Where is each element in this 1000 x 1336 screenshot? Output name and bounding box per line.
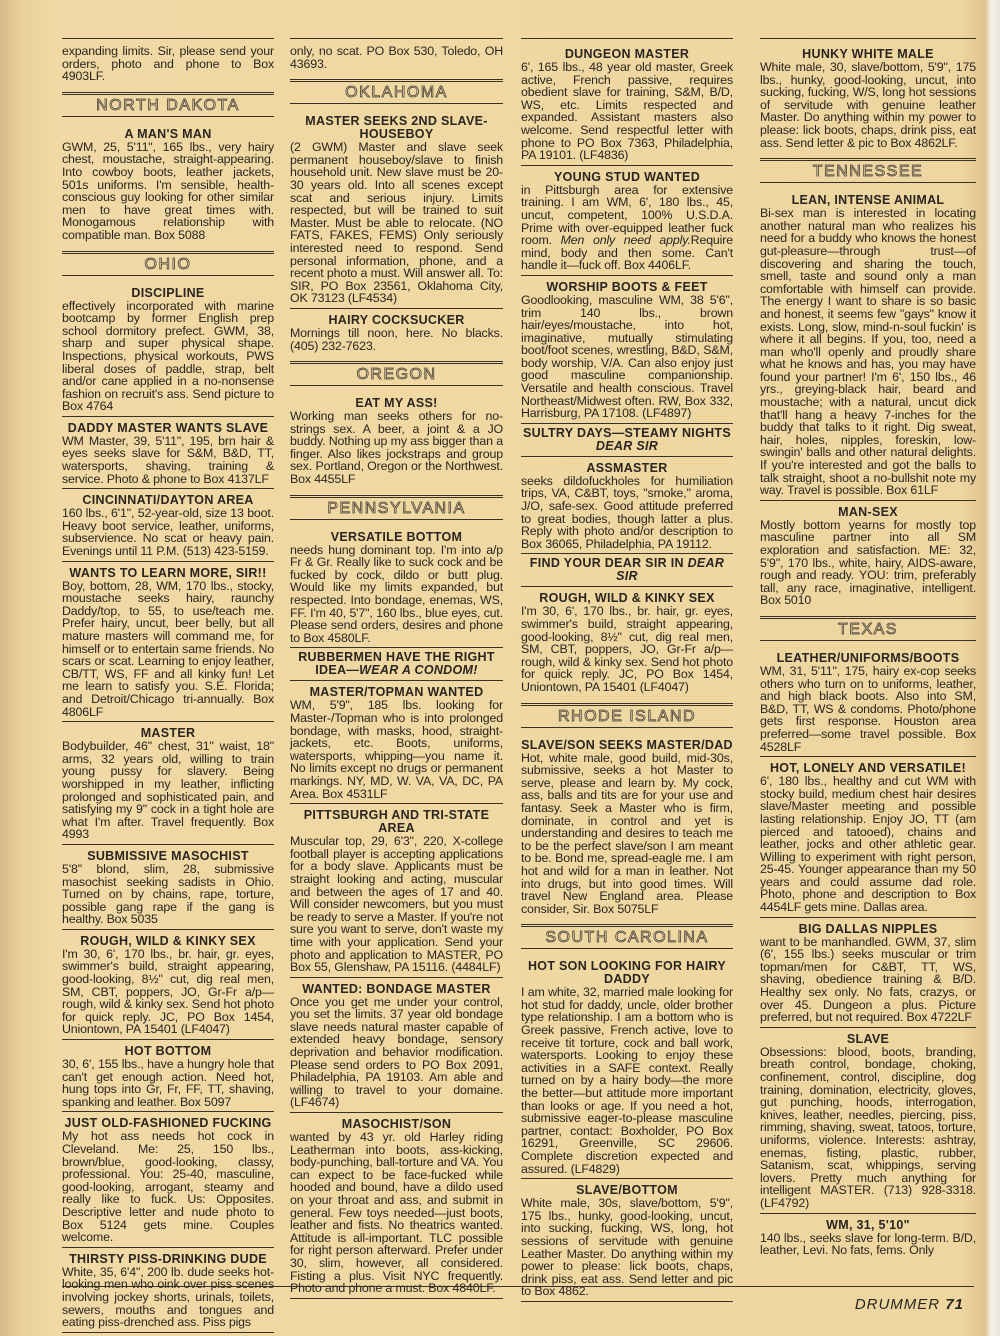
- classified-ad: MASTER SEEKS 2ND SLAVE-HOUSEBOY(2 GWM) M…: [290, 110, 503, 309]
- ad-body-text: White, 35, 6'4", 200 lb. dude seeks hot-…: [62, 1265, 274, 1329]
- classified-ad: WANTS TO LEARN MORE, SIR!!Boy, bottom, 2…: [62, 562, 274, 723]
- ad-body-text: 160 lbs., 6'1", 52-year-old, size 13 boo…: [62, 506, 274, 558]
- ad-body-text: needs hung dominant top. I'm into a/p Fr…: [290, 543, 503, 645]
- ad-body-text: (2 GWM) Master and slave seek permanent …: [290, 140, 503, 305]
- classified-ad: EAT MY ASS!Working man seeks others for …: [290, 392, 503, 489]
- ad-body-text: Muscular top, 29, 6'3", 220, X-college f…: [290, 834, 503, 974]
- ad-body-text: I am white, 32, married male looking for…: [521, 985, 733, 1175]
- classified-ad: ASSMASTERseeks dildofuckholes for humili…: [521, 457, 733, 555]
- ad-heading: HOT SON LOOKING FOR HAIRY DADDY: [521, 960, 733, 986]
- promo-text: FIND YOUR DEAR SIR IN DEAR SIR: [521, 557, 733, 583]
- classified-ad: HAIRY COCKSUCKERMornings till noon, here…: [290, 309, 503, 355]
- state-section-header: OREGON: [290, 361, 503, 386]
- ad-body: (2 GWM) Master and slave seek permanent …: [290, 141, 503, 305]
- ad-body: 140 lbs., seeks slave for long-term. B/D…: [760, 1232, 976, 1257]
- classified-ad: WORSHIP BOOTS & FEETGoodlooking, masculi…: [521, 276, 733, 424]
- promo-text-regular: SULTRY DAYS—STEAMY NIGHTS: [523, 426, 731, 440]
- ad-body-text: Goodlooking, masculine WM, 38 5'6", trim…: [521, 293, 733, 420]
- ad-body: 6', 165 lbs., 48 year old master, Greek …: [521, 61, 733, 162]
- state-name: TEXAS: [838, 621, 898, 639]
- state-section-header: SOUTH CAROLINA: [521, 924, 733, 949]
- column-1: expanding limits. Sir, please send your …: [62, 38, 274, 1333]
- ad-body: in Pittsburgh area for extensive trainin…: [521, 184, 733, 272]
- ad-body-text: Hot, white male, good build, mid-30s, su…: [521, 751, 733, 916]
- classified-ad: LEATHER/UNIFORMS/BOOTSWM, 31, 5'11", 175…: [760, 647, 976, 757]
- ad-body: Boy, bottom, 28, WM, 170 lbs., stocky, m…: [62, 580, 274, 719]
- classified-ad: DISCIPLINEeffectively incorporated with …: [62, 282, 274, 417]
- classifieds-page: expanding limits. Sir, please send your …: [62, 38, 974, 1288]
- ad-body: WM, 31, 5'11", 175, hairy ex-cop seeks o…: [760, 665, 976, 753]
- promo-text: SULTRY DAYS—STEAMY NIGHTSDEAR SIR: [521, 427, 733, 453]
- ad-body-text: 5'8" blond, slim, 28, submissive masochi…: [62, 862, 274, 926]
- promo-banner: SULTRY DAYS—STEAMY NIGHTSDEAR SIR: [521, 424, 733, 457]
- classified-ad: MASTER/TOPMAN WANTEDWM, 5'9", 185 lbs. l…: [290, 681, 503, 804]
- ad-body: WM Master, 39, 5'11", 195, brn hair & ey…: [62, 435, 274, 485]
- ad-body-text: 30, 6', 155 lbs., have a hungry hole tha…: [62, 1057, 274, 1109]
- promo-banner: FIND YOUR DEAR SIR IN DEAR SIR: [521, 554, 733, 587]
- ad-body-text: 6', 165 lbs., 48 year old master, Greek …: [521, 60, 733, 162]
- bottom-rule: [62, 1286, 974, 1287]
- promo-banner: RUBBERMEN HAVE THE RIGHT IDEA—WEAR A CON…: [290, 648, 503, 681]
- ad-body: Working man seeks others for no-strings …: [290, 410, 503, 486]
- promo-text-italic: DEAR SIR: [596, 439, 658, 453]
- ad-body: seeks dildofuckholes for humiliation tri…: [521, 475, 733, 551]
- ad-body-text: WM, 31, 5'11", 175, hairy ex-cop seeks o…: [760, 664, 976, 754]
- ad-body-text: wanted by 43 yr. old Harley riding Leath…: [290, 1130, 503, 1295]
- ad-body: Obsessions: blood, boots, branding, brea…: [760, 1046, 976, 1210]
- promo-text: RUBBERMEN HAVE THE RIGHT IDEA—WEAR A CON…: [290, 651, 503, 677]
- ad-body: Goodlooking, masculine WM, 38 5'6", trim…: [521, 294, 733, 420]
- ad-body: 6', 180 lbs., healthy and cut WM with st…: [760, 775, 976, 914]
- column-top-rule: [290, 38, 503, 39]
- ad-body-text: GWM, 25, 5'11", 165 lbs., very hairy che…: [62, 140, 274, 242]
- ad-body-text: only, no scat. PO Box 530, Toledo, OH 43…: [290, 44, 503, 71]
- ad-body: 30, 6', 155 lbs., have a hungry hole tha…: [62, 1058, 274, 1108]
- ad-body-text: I'm 30, 6', 170 lbs., br. hair, gr. eyes…: [62, 947, 274, 1037]
- ad-body-text: WM, 5'9", 185 lbs. looking for Master-/T…: [290, 698, 503, 800]
- ad-body-text: WM Master, 39, 5'11", 195, brn hair & ey…: [62, 434, 274, 486]
- ad-body-text: White male, 30, slave/bottom, 5'9", 175 …: [760, 60, 976, 150]
- column-4: HUNKY WHITE MALEWhite male, 30, slave/bo…: [760, 38, 976, 1260]
- classified-ad: BIG DALLAS NIPPLESwant to be manhandled.…: [760, 918, 976, 1028]
- ad-body: White, 35, 6'4", 200 lb. dude seeks hot-…: [62, 1266, 274, 1329]
- ad-heading: PITTSBURGH AND TRI-STATE AREA: [290, 809, 503, 835]
- classified-ad: CINCINNATI/DAYTON AREA160 lbs., 6'1", 52…: [62, 489, 274, 561]
- classified-ad: SLAVE/SON SEEKS MASTER/DADHot, white mal…: [521, 734, 733, 919]
- ad-body-text: expanding limits. Sir, please send your …: [62, 44, 274, 83]
- ad-body-text: Once you get me under your control, you …: [290, 995, 503, 1110]
- ad-body: Mostly bottom yearns for mostly top masc…: [760, 519, 976, 607]
- classified-ad: ROUGH, WILD & KINKY SEXI'm 30, 6', 170 l…: [62, 930, 274, 1040]
- ad-body: My hot ass needs hot cock in Cleveland. …: [62, 1130, 274, 1243]
- publication-name: DRUMMER: [855, 1296, 940, 1313]
- classified-ad: THIRSTY PISS-DRINKING DUDEWhite, 35, 6'4…: [62, 1248, 274, 1333]
- ad-body: effectively incorporated with marine boo…: [62, 300, 274, 413]
- ad-body-text: Mornings till noon, here. No blacks. (40…: [290, 326, 503, 353]
- ad-body-text: I'm 30, 6', 170 lbs., br. hair, gr. eyes…: [521, 604, 733, 694]
- column-top-rule: [62, 38, 274, 39]
- classified-ad: JUST OLD-FASHIONED FUCKINGMy hot ass nee…: [62, 1112, 274, 1247]
- ad-body: Hot, white male, good build, mid-30s, su…: [521, 752, 733, 916]
- ad-body: Bodybuilder, 46" chest, 31" waist, 18" a…: [62, 740, 274, 841]
- ad-body-text: My hot ass needs hot cock in Cleveland. …: [62, 1129, 274, 1244]
- classified-ad: WANTED: BONDAGE MASTEROnce you get me un…: [290, 978, 503, 1113]
- state-section-header: PENNSYLVANIA: [290, 495, 503, 520]
- state-name: OKLAHOMA: [345, 84, 448, 102]
- classified-ad: SLAVE/BOTTOMWhite male, 30s, slave/botto…: [521, 1179, 733, 1302]
- ad-body-text: seeks dildofuckholes for humiliation tri…: [521, 474, 733, 551]
- ad-body: 5'8" blond, slim, 28, submissive masochi…: [62, 863, 274, 926]
- classified-ad: DADDY MASTER WANTS SLAVEWM Master, 39, 5…: [62, 417, 274, 489]
- classified-ad: A MAN'S MANGWM, 25, 5'11", 165 lbs., ver…: [62, 123, 274, 245]
- ad-body: only, no scat. PO Box 530, Toledo, OH 43…: [290, 45, 503, 70]
- state-section-header: TENNESSEE: [760, 158, 976, 183]
- ad-body-text: White male, 30s, slave/bottom, 5'9", 175…: [521, 1196, 733, 1298]
- state-name: NORTH DAKOTA: [96, 97, 240, 115]
- ad-body: White male, 30, slave/bottom, 5'9", 175 …: [760, 61, 976, 149]
- ad-body: I'm 30, 6', 170 lbs., br. hair, gr. eyes…: [62, 948, 274, 1036]
- ad-body: I am white, 32, married male looking for…: [521, 986, 733, 1175]
- state-section-header: OKLAHOMA: [290, 79, 503, 104]
- ad-body: wanted by 43 yr. old Harley riding Leath…: [290, 1131, 503, 1295]
- ad-body: expanding limits. Sir, please send your …: [62, 45, 274, 83]
- classified-ad: MAN-SEXMostly bottom yearns for mostly t…: [760, 501, 976, 610]
- ad-body: GWM, 25, 5'11", 165 lbs., very hairy che…: [62, 141, 274, 242]
- classified-ad: HOT SON LOOKING FOR HAIRY DADDYI am whit…: [521, 955, 733, 1179]
- classified-ad: MASTERBodybuilder, 46" chest, 31" waist,…: [62, 722, 274, 845]
- ad-body: WM, 5'9", 185 lbs. looking for Master-/T…: [290, 699, 503, 800]
- ad-body: want to be manhandled. GWM, 37, slim (6'…: [760, 936, 976, 1024]
- ad-body-text: 140 lbs., seeks slave for long-term. B/D…: [760, 1231, 976, 1258]
- classified-ad: LEAN, INTENSE ANIMALBi-sex man is intere…: [760, 189, 976, 501]
- state-section-header: OHIO: [62, 251, 274, 276]
- ad-body: Muscular top, 29, 6'3", 220, X-college f…: [290, 835, 503, 974]
- ad-heading: MASTER SEEKS 2ND SLAVE-HOUSEBOY: [290, 115, 503, 141]
- page-footer: DRUMMER 71: [855, 1296, 964, 1313]
- classified-ad: HOT BOTTOM30, 6', 155 lbs., have a hungr…: [62, 1040, 274, 1112]
- ad-body: Mornings till noon, here. No blacks. (40…: [290, 327, 503, 352]
- column-top-rule: [760, 38, 976, 39]
- column-2: only, no scat. PO Box 530, Toledo, OH 43…: [290, 38, 503, 1299]
- classified-ad: YOUNG STUD WANTEDin Pittsburgh area for …: [521, 166, 733, 276]
- ad-body: needs hung dominant top. I'm into a/p Fr…: [290, 544, 503, 645]
- classified-ad: HUNKY WHITE MALEWhite male, 30, slave/bo…: [760, 43, 976, 152]
- ad-body-text: Working man seeks others for no-strings …: [290, 409, 503, 486]
- continued-ad: expanding limits. Sir, please send your …: [62, 43, 274, 86]
- ad-body-text: Bodybuilder, 46" chest, 31" waist, 18" a…: [62, 739, 274, 841]
- ad-body-text: effectively incorporated with marine boo…: [62, 299, 274, 414]
- column-top-rule: [521, 38, 733, 39]
- continued-ad: only, no scat. PO Box 530, Toledo, OH 43…: [290, 43, 503, 73]
- classified-ad: DUNGEON MASTER6', 165 lbs., 48 year old …: [521, 43, 733, 166]
- classified-ad: MASOCHIST/SONwanted by 43 yr. old Harley…: [290, 1113, 503, 1299]
- state-section-header: RHODE ISLAND: [521, 703, 733, 728]
- promo-text-regular: FIND YOUR DEAR SIR IN: [530, 556, 688, 570]
- ad-body-text: Mostly bottom yearns for mostly top masc…: [760, 518, 976, 608]
- ad-body: Once you get me under your control, you …: [290, 996, 503, 1109]
- classified-ad: ROUGH, WILD & KINKY SEXI'm 30, 6', 170 l…: [521, 587, 733, 696]
- ad-body: White male, 30s, slave/bottom, 5'9", 175…: [521, 1197, 733, 1298]
- state-section-header: TEXAS: [760, 616, 976, 641]
- state-name: OHIO: [145, 256, 192, 274]
- classified-ad: WM, 31, 5'10"140 lbs., seeks slave for l…: [760, 1214, 976, 1260]
- page-number: 71: [945, 1296, 964, 1313]
- ad-body-text: Boy, bottom, 28, WM, 170 lbs., stocky, m…: [62, 579, 274, 719]
- state-section-header: NORTH DAKOTA: [62, 92, 274, 117]
- ad-body-text: Obsessions: blood, boots, branding, brea…: [760, 1045, 976, 1210]
- state-name: PENNSYLVANIA: [327, 500, 465, 518]
- column-3: DUNGEON MASTER6', 165 lbs., 48 year old …: [521, 38, 733, 1302]
- state-name: RHODE ISLAND: [558, 708, 696, 726]
- classified-ad: HOT, LONELY AND VERSATILE!6', 180 lbs., …: [760, 757, 976, 918]
- classified-ad: SUBMISSIVE MASOCHIST5'8" blond, slim, 28…: [62, 845, 274, 930]
- ad-body-text: want to be manhandled. GWM, 37, slim (6'…: [760, 935, 976, 1025]
- state-name: TENNESSEE: [813, 163, 923, 181]
- ad-body: Bi-sex man is interested in locating ano…: [760, 207, 976, 497]
- ad-body-text: 6', 180 lbs., healthy and cut WM with st…: [760, 774, 976, 914]
- classified-ad: VERSATILE BOTTOMneeds hung dominant top.…: [290, 526, 503, 649]
- ad-body-text: Bi-sex man is interested in locating ano…: [760, 206, 976, 497]
- state-name: SOUTH CAROLINA: [545, 929, 708, 947]
- state-name: OREGON: [356, 366, 436, 384]
- ad-body: I'm 30, 6', 170 lbs., br. hair, gr. eyes…: [521, 605, 733, 693]
- promo-text-italic: WEAR A CONDOM!: [359, 663, 478, 677]
- classified-ad: SLAVEObsessions: blood, boots, branding,…: [760, 1028, 976, 1214]
- ad-body: 160 lbs., 6'1", 52-year-old, size 13 boo…: [62, 507, 274, 557]
- classified-ad: PITTSBURGH AND TRI-STATE AREAMuscular to…: [290, 804, 503, 978]
